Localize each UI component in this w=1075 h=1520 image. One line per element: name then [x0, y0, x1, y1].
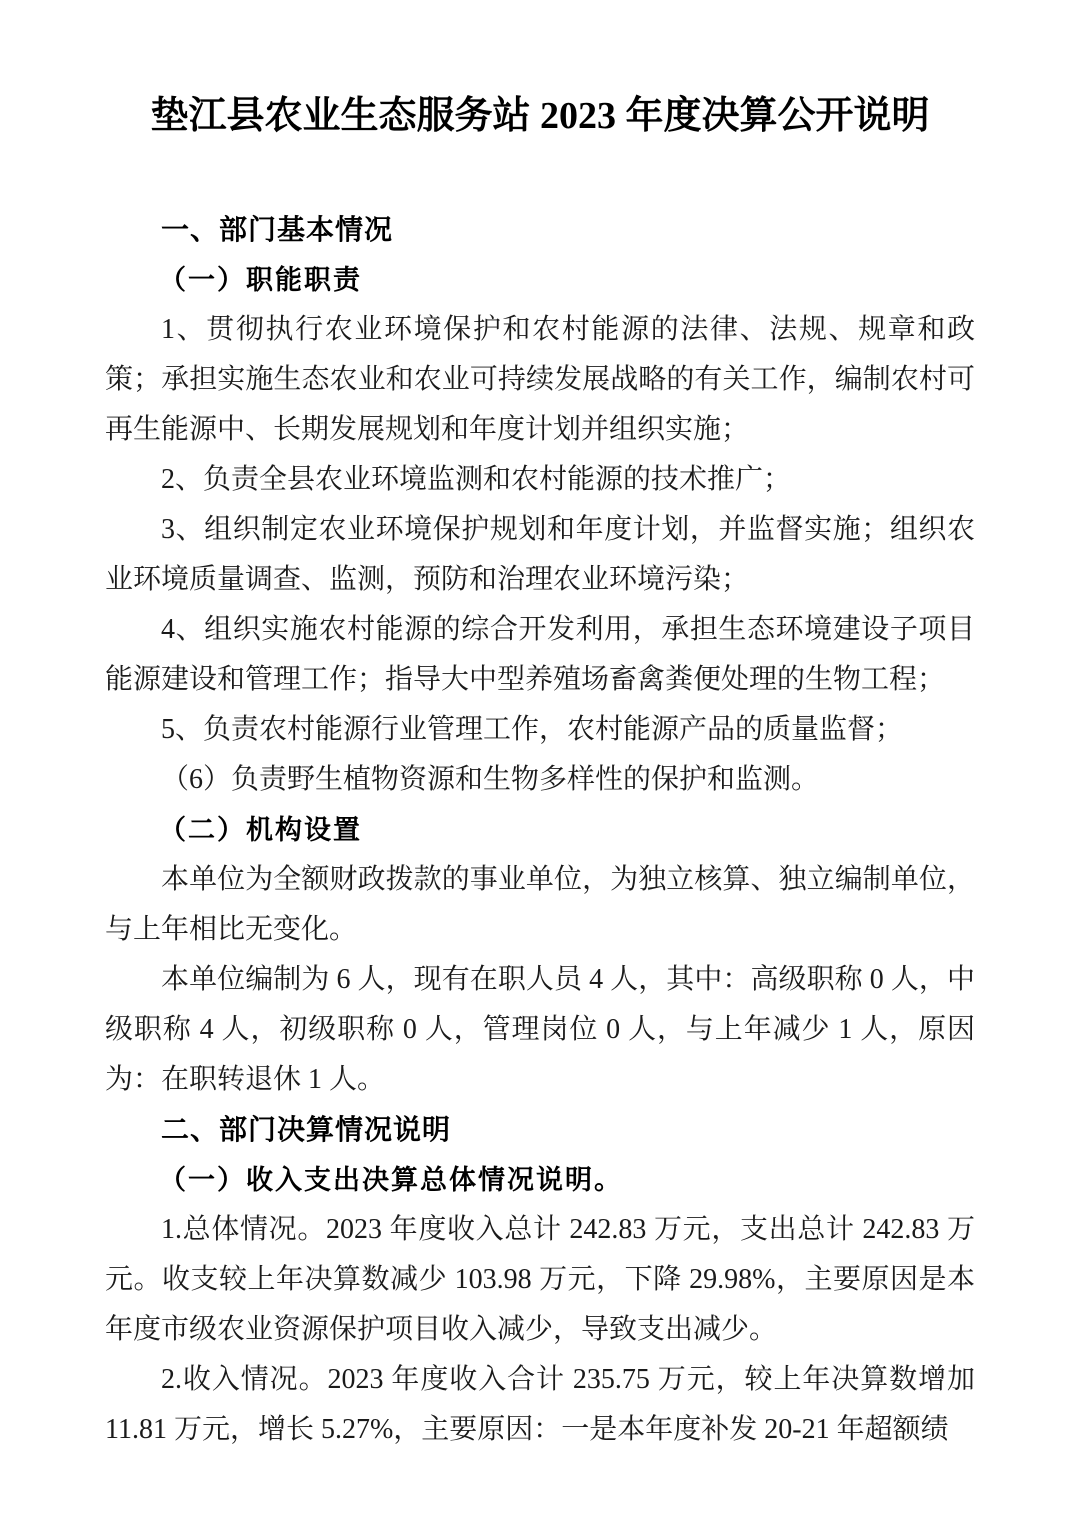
paragraph: 3、组织制定农业环境保护规划和年度计划，并监督实施；组织农业环境质量调查、监测，…	[105, 505, 975, 605]
paragraph: 1.总体情况。2023 年度收入总计 242.83 万元，支出总计 242.83…	[105, 1205, 975, 1355]
paragraph: 本单位编制为 6 人，现有在职人员 4 人，其中：高级职称 0 人，中级职称 4…	[105, 955, 975, 1105]
document-title: 垫江县农业生态服务站 2023 年度决算公开说明	[105, 92, 975, 140]
paragraph: 4、组织实施农村能源的综合开发利用，承担生态环境建设子项目能源建设和管理工作；指…	[105, 605, 975, 705]
document-page: 垫江县农业生态服务站 2023 年度决算公开说明 一、部门基本情况（一）职能职责…	[0, 0, 1075, 1520]
paragraph: 2.收入情况。2023 年度收入合计 235.75 万元，较上年决算数增加 11…	[105, 1355, 975, 1455]
subsection-heading: （二）机构设置	[105, 805, 975, 855]
paragraph: 2、负责全县农业环境监测和农村能源的技术推广；	[105, 455, 975, 505]
paragraph: 本单位为全额财政拨款的事业单位，为独立核算、独立编制单位，与上年相比无变化。	[105, 855, 975, 955]
paragraph: 5、负责农村能源行业管理工作，农村能源产品的质量监督；	[105, 705, 975, 755]
paragraph: 1、贯彻执行农业环境保护和农村能源的法律、法规、规章和政策；承担实施生态农业和农…	[105, 305, 975, 455]
section-heading: 二、部门决算情况说明	[105, 1105, 975, 1155]
subsection-heading: （一）收入支出决算总体情况说明。	[105, 1155, 975, 1205]
document-body: 一、部门基本情况（一）职能职责1、贯彻执行农业环境保护和农村能源的法律、法规、规…	[105, 205, 975, 1455]
paragraph: （6）负责野生植物资源和生物多样性的保护和监测。	[105, 755, 975, 805]
subsection-heading: （一）职能职责	[105, 255, 975, 305]
section-heading: 一、部门基本情况	[105, 205, 975, 255]
